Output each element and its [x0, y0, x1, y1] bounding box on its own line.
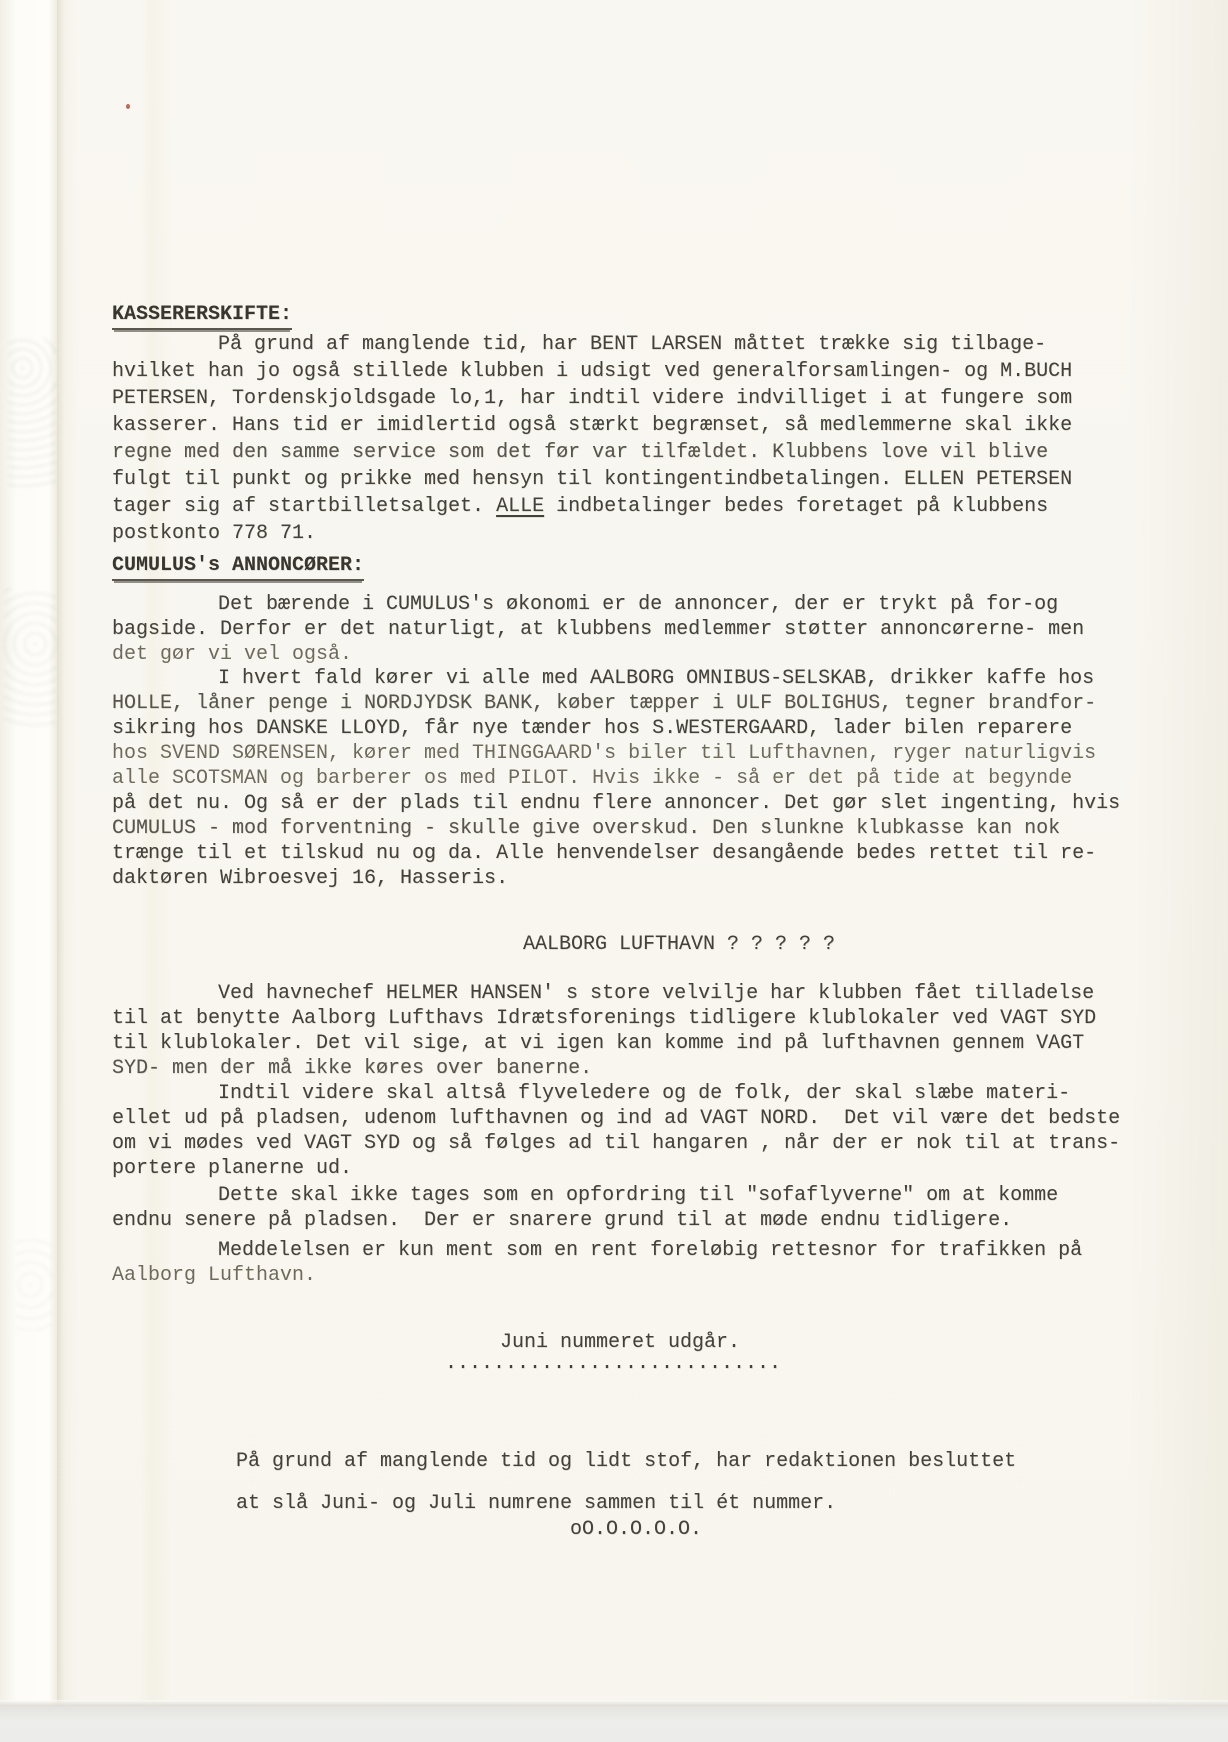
text-line: Indtil videre skal altså flyveledere og … [112, 1081, 1120, 1106]
text-line: hvilket han jo også stillede klubben i u… [112, 358, 1072, 385]
text-line: om vi mødes ved VAGT SYD og så følges ad… [112, 1131, 1120, 1156]
text-line: kasserer. Hans tid er imidlertid også st… [112, 412, 1072, 439]
text-line: Det bærende i CUMULUS's økonomi er de an… [112, 592, 1084, 617]
scanner-background [0, 1706, 1228, 1742]
heading-text: KASSERERSKIFTE: [112, 303, 292, 330]
paragraph-lufthavn-2: Indtil videre skal altså flyveledere og … [112, 1081, 1120, 1181]
text-line: fulgt til punkt og prikke med hensyn til… [112, 466, 1072, 493]
text-line: daktøren Wibroesvej 16, Hasseris. [112, 866, 1120, 891]
text-line: sikring hos DANSKE LLOYD, får nye tænder… [112, 716, 1120, 741]
paragraph-annoncorer-1: Det bærende i CUMULUS's økonomi er de an… [112, 592, 1084, 667]
end-flourish: oO.O.O.O.O. [570, 1518, 702, 1541]
paragraph-lufthavn-3: Dette skal ikke tages som en opfordring … [112, 1183, 1058, 1233]
announcement-text: Juni nummeret udgår. [500, 1331, 740, 1354]
text-line: trænge til et tilskud nu og da. Alle hen… [112, 841, 1120, 866]
dotted-separator: ............................ [445, 1352, 781, 1375]
text-line: til at benytte Aalborg Lufthavs Idrætsfo… [112, 1006, 1096, 1031]
paragraph-lufthavn-4: Meddelelsen er kun ment som en rent fore… [112, 1238, 1082, 1288]
text-line: HOLLE, låner penge i NORDJYDSK BANK, køb… [112, 691, 1120, 716]
heading-text: CUMULUS's ANNONCØRER: [112, 554, 364, 581]
text-line: SYD- men der må ikke køres over banerne. [112, 1056, 1096, 1081]
paragraph-lufthavn-1: Ved havnechef HELMER HANSEN' s store vel… [112, 981, 1096, 1081]
section-heading-kassererskifte: KASSERERSKIFTE: [112, 303, 292, 326]
text-line: på det nu. Og så er der plads til endnu … [112, 791, 1120, 816]
text-line: regne med den samme service som det før … [112, 439, 1072, 466]
text-line: endnu senere på pladsen. Der er snarere … [112, 1208, 1058, 1233]
text-line: alle SCOTSMAN og barberer os med PILOT. … [112, 766, 1120, 791]
dots-text: ............................ [445, 1352, 781, 1375]
text-line: På grund af manglende tid og lidt stof, … [236, 1441, 1016, 1483]
text-line: bagside. Derfor er det naturligt, at klu… [112, 617, 1084, 642]
paragraph-closing: På grund af manglende tid og lidt stof, … [236, 1441, 1016, 1525]
text-line: I hvert fald kører vi alle med AALBORG O… [112, 666, 1120, 691]
announcement-juni: Juni nummeret udgår. [500, 1331, 740, 1354]
fold-crease [57, 0, 79, 1706]
flourish-text: oO.O.O.O.O. [570, 1518, 702, 1541]
text-line: tager sig af startbilletsalget. ALLE ind… [112, 493, 1072, 520]
text-line: postkonto 778 71. [112, 520, 1072, 547]
text-segment: tager sig af startbilletsalget. [112, 495, 496, 518]
text-line: Aalborg Lufthavn. [112, 1263, 1082, 1288]
text-line: Meddelelsen er kun ment som en rent fore… [112, 1238, 1082, 1263]
underlined-word-alle: ALLE [496, 495, 544, 518]
page-left-edge [0, 0, 57, 1706]
paragraph-annoncorer-2: I hvert fald kører vi alle med AALBORG O… [112, 666, 1120, 891]
heading-text: AALBORG LUFTHAVN ? ? ? ? ? [523, 933, 835, 956]
text-line: Ved havnechef HELMER HANSEN' s store vel… [112, 981, 1096, 1006]
text-segment: indbetalinger bedes foretaget på klubben… [544, 495, 1048, 518]
text-line: CUMULUS - mod forventning - skulle give … [112, 816, 1120, 841]
text-line: På grund af manglende tid, har BENT LARS… [112, 331, 1072, 358]
text-line: ellet ud på pladsen, udenom lufthavnen o… [112, 1106, 1120, 1131]
text-line: til klublokaler. Det vil sige, at vi ige… [112, 1031, 1096, 1056]
text-line: hos SVEND SØRENSEN, kører med THINGGAARD… [112, 741, 1120, 766]
text-line: portere planerne ud. [112, 1156, 1120, 1181]
red-ink-speck [126, 104, 130, 109]
document-page: KASSERERSKIFTE: På grund af manglende ti… [0, 0, 1228, 1742]
text-line: det gør vi vel også. [112, 642, 1084, 667]
text-line: Dette skal ikke tages som en opfordring … [112, 1183, 1058, 1208]
text-line: PETERSEN, Tordenskjoldsgade lo,1, har in… [112, 385, 1072, 412]
paragraph-kassererskifte: På grund af manglende tid, har BENT LARS… [112, 331, 1072, 547]
section-heading-annoncorer: CUMULUS's ANNONCØRER: [112, 554, 364, 577]
section-heading-lufthavn: AALBORG LUFTHAVN ? ? ? ? ? [523, 933, 835, 956]
